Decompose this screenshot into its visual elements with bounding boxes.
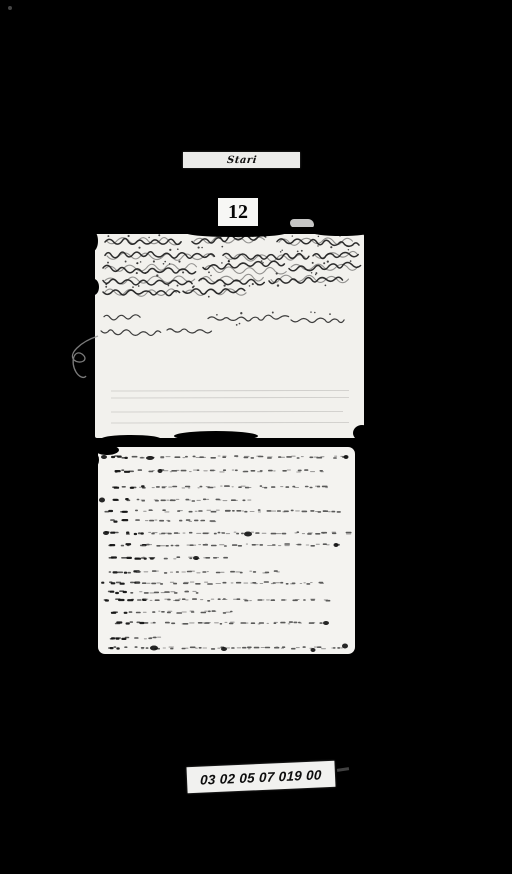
diacritic-dot bbox=[348, 249, 349, 250]
diacritic-dot bbox=[330, 246, 332, 248]
ink-stroke bbox=[105, 276, 195, 284]
speckle-line bbox=[114, 520, 127, 522]
diacritic-dot bbox=[164, 261, 166, 263]
diacritic-dot bbox=[210, 275, 212, 277]
diacritic-dot bbox=[208, 271, 210, 273]
ruled-line bbox=[111, 423, 349, 424]
ink-blot bbox=[221, 647, 227, 651]
diacritic-dot bbox=[315, 274, 317, 276]
speckle-line bbox=[143, 611, 230, 612]
diacritic-dot bbox=[329, 313, 331, 315]
diacritic-dot bbox=[257, 284, 259, 286]
film-artifact-dash bbox=[337, 767, 349, 772]
diacritic-dot bbox=[223, 284, 225, 286]
diacritic-dot bbox=[198, 247, 200, 249]
diacritic-dot bbox=[153, 260, 155, 262]
ink-blot bbox=[342, 644, 348, 649]
lower-manuscript-page bbox=[93, 444, 363, 665]
diacritic-dot bbox=[325, 285, 327, 287]
ink-stroke bbox=[291, 318, 344, 322]
ink-blot bbox=[101, 455, 107, 459]
ink-blot bbox=[150, 646, 158, 651]
diacritic-dot bbox=[177, 248, 179, 250]
ink-blot bbox=[323, 621, 329, 625]
diacritic-dot bbox=[107, 262, 109, 264]
diacritic-dot bbox=[301, 250, 303, 252]
diacritic-dot bbox=[280, 251, 282, 253]
diacritic-dot bbox=[281, 250, 283, 252]
diacritic-dot bbox=[201, 247, 203, 249]
speckle-line bbox=[112, 638, 125, 639]
reference-code-text: 03 02 05 07 019 00 bbox=[200, 767, 322, 787]
diacritic-dot bbox=[240, 312, 242, 314]
diacritic-dot bbox=[107, 235, 109, 237]
lower-page-paper bbox=[98, 447, 355, 654]
speckle-line bbox=[138, 470, 323, 472]
diacritic-dot bbox=[310, 311, 311, 312]
film-dust-speck bbox=[8, 6, 12, 10]
diacritic-dot bbox=[156, 274, 158, 276]
diacritic-dot bbox=[249, 285, 251, 287]
ruled-line bbox=[111, 391, 349, 392]
diacritic-dot bbox=[314, 312, 316, 314]
ink-blot bbox=[99, 498, 105, 503]
film-strip-label: Stari bbox=[183, 152, 300, 168]
diacritic-dot bbox=[132, 286, 134, 288]
film-artifact-squiggle bbox=[66, 332, 102, 384]
ink-stroke bbox=[194, 237, 264, 243]
diacritic-dot bbox=[138, 247, 140, 249]
diacritic-dot bbox=[252, 236, 253, 237]
speckle-line bbox=[109, 511, 127, 512]
diacritic-dot bbox=[105, 283, 107, 285]
ruled-line bbox=[111, 398, 349, 399]
film-strip-label-text: Stari bbox=[226, 155, 257, 166]
ink-blot bbox=[146, 456, 154, 460]
ink-blot bbox=[344, 455, 349, 459]
diacritic-dot bbox=[327, 260, 329, 262]
ruled-line bbox=[111, 412, 343, 413]
ink-stroke bbox=[208, 315, 289, 321]
diacritic-dot bbox=[105, 286, 107, 288]
diacritic-dot bbox=[216, 314, 218, 316]
ink-blot bbox=[334, 543, 339, 547]
ink-stroke bbox=[101, 330, 161, 336]
ink-blot bbox=[158, 469, 163, 473]
ink-blot bbox=[103, 531, 109, 535]
diacritic-dot bbox=[317, 245, 318, 246]
diacritic-dot bbox=[178, 261, 180, 263]
diacritic-dot bbox=[169, 249, 171, 251]
ink-blot bbox=[311, 648, 316, 652]
diacritic-dot bbox=[228, 260, 230, 262]
microfilm-scan: Stari 12 0 bbox=[0, 0, 512, 874]
diacritic-dot bbox=[323, 262, 325, 264]
diacritic-dot bbox=[148, 237, 149, 238]
reference-code-label: 03 02 05 07 019 00 bbox=[187, 761, 336, 793]
diacritic-dot bbox=[182, 271, 184, 273]
diacritic-dot bbox=[311, 272, 313, 274]
ink-stroke bbox=[105, 252, 214, 259]
speckle-line bbox=[114, 499, 128, 500]
diacritic-dot bbox=[318, 236, 320, 238]
diacritic-dot bbox=[262, 262, 264, 264]
speckle-line bbox=[151, 622, 327, 624]
diacritic-dot bbox=[277, 284, 279, 286]
diacritic-dot bbox=[177, 285, 179, 287]
speckle-line bbox=[116, 470, 323, 472]
diacritic-dot bbox=[221, 262, 223, 264]
diacritic-dot bbox=[125, 261, 127, 263]
diacritic-dot bbox=[144, 272, 146, 274]
diacritic-dot bbox=[163, 263, 165, 265]
diacritic-dot bbox=[239, 323, 241, 325]
diacritic-dot bbox=[128, 235, 130, 237]
page-number-badge: 12 bbox=[218, 198, 258, 226]
diacritic-dot bbox=[208, 296, 210, 298]
diacritic-dot bbox=[193, 285, 195, 287]
ink-stroke bbox=[104, 315, 140, 320]
diacritic-dot bbox=[136, 263, 137, 264]
diacritic-dot bbox=[297, 251, 299, 253]
diacritic-dot bbox=[140, 261, 142, 263]
diacritic-dot bbox=[219, 237, 221, 239]
ink-blot bbox=[193, 556, 199, 560]
speckle-line bbox=[116, 471, 129, 472]
upper-page-paper bbox=[95, 234, 364, 438]
diacritic-dot bbox=[168, 285, 170, 287]
diacritic-dot bbox=[158, 234, 160, 236]
diacritic-dot bbox=[221, 246, 223, 248]
ink-blot bbox=[244, 532, 252, 537]
diacritic-dot bbox=[276, 273, 278, 275]
diacritic-dot bbox=[261, 260, 263, 262]
diacritic-dot bbox=[339, 235, 341, 237]
speckle-line bbox=[137, 582, 324, 584]
speckle-line bbox=[144, 637, 160, 639]
speckle-line bbox=[137, 571, 279, 573]
speckle-line bbox=[112, 558, 153, 559]
diacritic-dot bbox=[252, 283, 254, 285]
diacritic-dot bbox=[312, 262, 314, 264]
diacritic-dot bbox=[272, 312, 274, 314]
upper-page-handwriting-ink bbox=[95, 234, 364, 438]
diacritic-dot bbox=[292, 235, 293, 236]
lower-page-handwriting-ink bbox=[98, 447, 355, 654]
diacritic-dot bbox=[236, 324, 238, 326]
speckle-line bbox=[145, 599, 328, 601]
page-number-text: 12 bbox=[228, 201, 248, 224]
ink-stroke bbox=[167, 329, 212, 333]
diacritic-dot bbox=[350, 260, 352, 262]
speckle-line bbox=[111, 592, 126, 593]
speckle-line bbox=[114, 571, 139, 572]
upper-manuscript-page bbox=[86, 227, 368, 446]
diacritic-dot bbox=[136, 272, 138, 274]
diacritic-dot bbox=[169, 263, 170, 264]
speckle-line bbox=[140, 486, 328, 488]
diacritic-dot bbox=[138, 285, 140, 287]
